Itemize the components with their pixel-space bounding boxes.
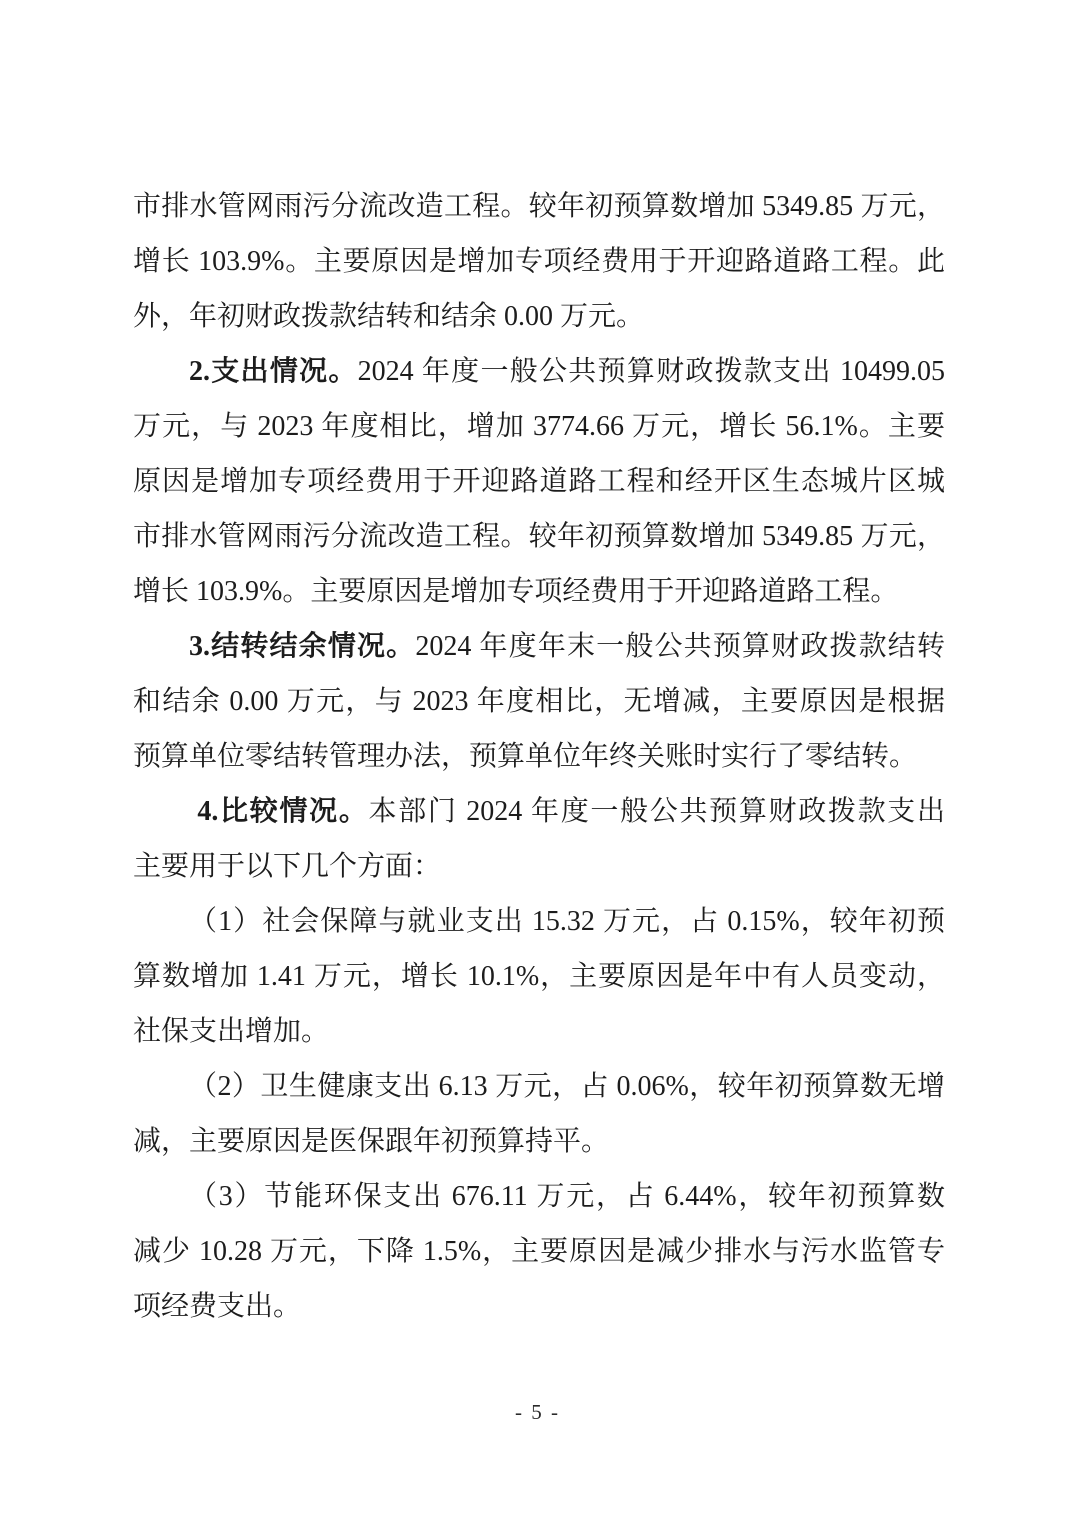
text-line: 原因是增加专项经费用于开迎路道路工程和经开区生态城片区城 [133,454,945,509]
text-line: 和结余 0.00 万元，与 2023 年度相比，无增减，主要原因是根据 [133,674,945,729]
text-line: 项经费支出。 [133,1279,945,1334]
document-body: 市排水管网雨污分流改造工程。较年初预算数增加 5349.85 万元，增长 103… [133,179,945,1334]
text-line: （3）节能环保支出 676.11 万元，占 6.44%，较年初预算数 [133,1169,945,1224]
paragraph-heading: 4.比较情况。 [197,796,368,827]
document-page: 市排水管网雨污分流改造工程。较年初预算数增加 5349.85 万元，增长 103… [0,0,1075,1520]
page-number: - 5 - [515,1400,560,1424]
text-line: 4.比较情况。本部门 2024 年度一般公共预算财政拨款支出 [133,784,945,839]
text-line: （1）社会保障与就业支出 15.32 万元，占 0.15%，较年初预 [133,894,945,949]
text-line: 减少 10.28 万元，下降 1.5%，主要原因是减少排水与污水监管专 [133,1224,945,1279]
text-line: 外，年初财政拨款结转和结余 0.00 万元。 [133,289,945,344]
text-line: 万元，与 2023 年度相比，增加 3774.66 万元，增长 56.1%。主要 [133,399,945,454]
paragraph-heading: 3.结转结余情况。 [189,631,415,662]
text-line: 算数增加 1.41 万元，增长 10.1%，主要原因是年中有人员变动， [133,949,945,1004]
text-line: 3.结转结余情况。2024 年度年末一般公共预算财政拨款结转 [133,619,945,674]
text-line: 社保支出增加。 [133,1004,945,1059]
text-line: 减，主要原因是医保跟年初预算持平。 [133,1114,945,1169]
text-line: 预算单位零结转管理办法，预算单位年终关账时实行了零结转。 [133,729,945,784]
text-line: 增长 103.9%。主要原因是增加专项经费用于开迎路道路工程。此 [133,234,945,289]
text-line: 市排水管网雨污分流改造工程。较年初预算数增加 5349.85 万元， [133,179,945,234]
paragraph-heading: 2.支出情况。 [189,356,358,387]
text-line: 增长 103.9%。主要原因是增加专项经费用于开迎路道路工程。 [133,564,945,619]
page-footer: - 5 - [0,1400,1075,1425]
text-line: 市排水管网雨污分流改造工程。较年初预算数增加 5349.85 万元， [133,509,945,564]
text-line: 2.支出情况。2024 年度一般公共预算财政拨款支出 10499.05 [133,344,945,399]
text-line: 主要用于以下几个方面： [133,839,945,894]
text-line: （2）卫生健康支出 6.13 万元，占 0.06%，较年初预算数无增 [133,1059,945,1114]
